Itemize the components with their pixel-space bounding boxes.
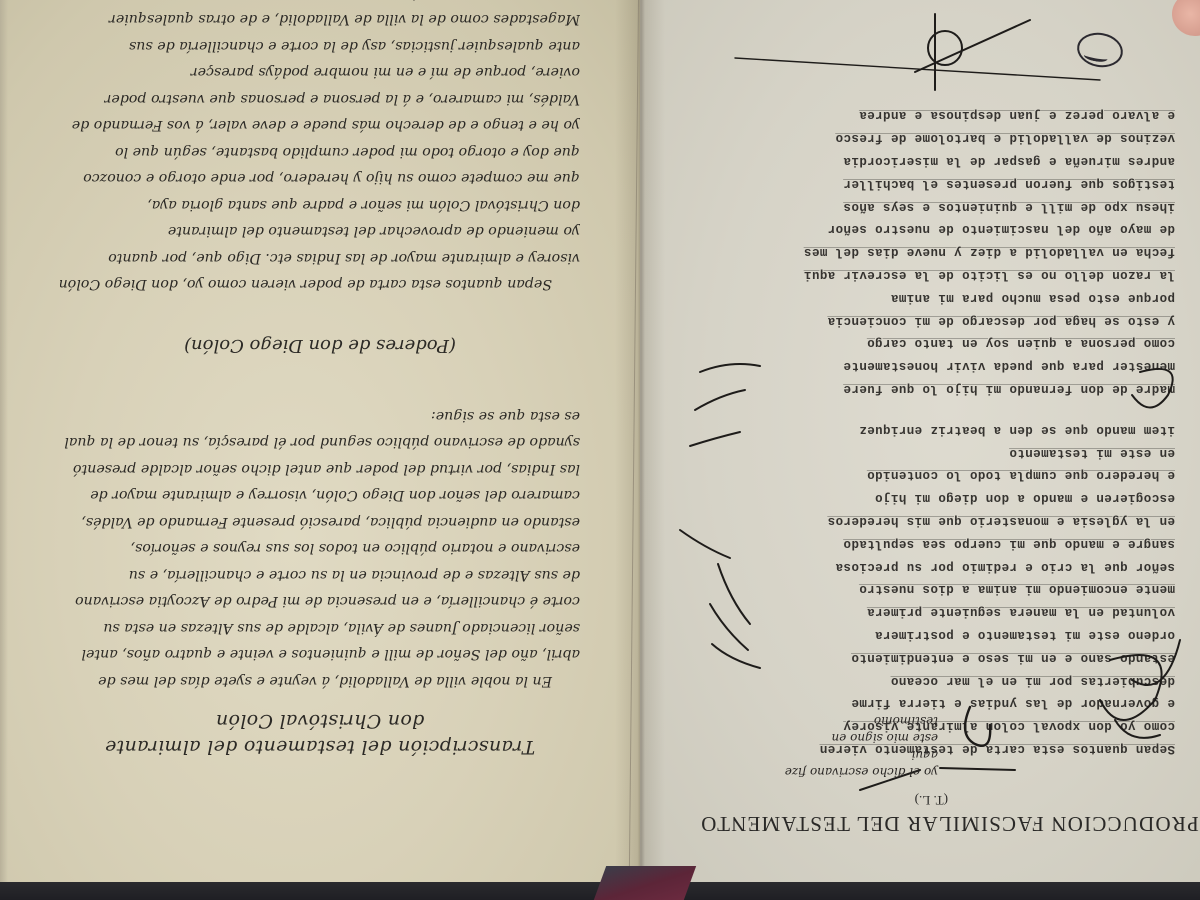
book-cover-corner bbox=[594, 866, 696, 900]
notary-signature: yo el dicho escrivano fize aqui este mio… bbox=[768, 700, 938, 780]
signature-line: yo el dicho escrivano fize aqui bbox=[768, 746, 938, 780]
caption-title: REPRODUCCION FACSIMILAR DEL TESTAMENTO bbox=[700, 811, 1200, 836]
facsimile-caption: REPRODUCCION FACSIMILAR DEL TESTAMENTO (… bbox=[700, 776, 1200, 836]
open-book-photo: Transcripción del testamento del almiran… bbox=[0, 0, 1200, 900]
pen-flourishes bbox=[0, 0, 1200, 900]
signature-line: este mio signo en testimonio bbox=[768, 712, 938, 746]
caption-note: (T. L.) bbox=[915, 792, 948, 808]
